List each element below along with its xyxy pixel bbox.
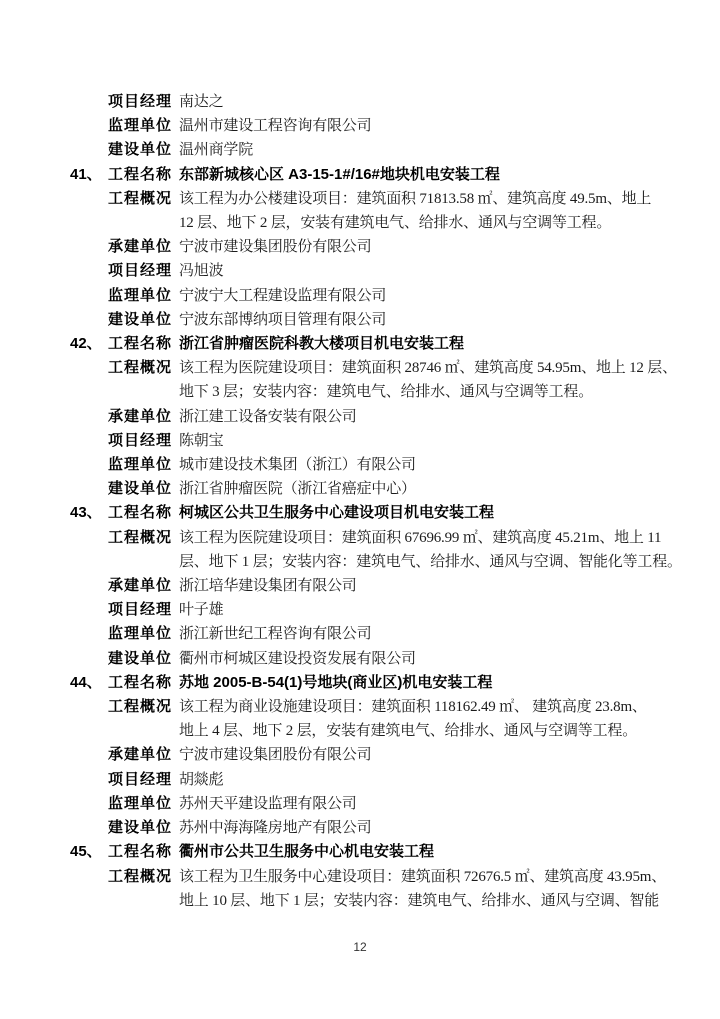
spacer	[70, 526, 108, 550]
field-value: 宁波市建设集团股份有限公司	[179, 743, 670, 767]
overview-continuation-row: 层、地下 1 层；安装内容：建筑电气、给排水、通风与空调、智能化等工程。	[70, 550, 670, 574]
project-name: 苏地 2005-B-54(1)号地块(商业区)机电安装工程	[179, 671, 670, 695]
spacer	[70, 622, 108, 646]
project-number: 43、	[70, 501, 108, 525]
spacer	[70, 743, 108, 767]
spacer	[108, 889, 179, 913]
field-value: 胡燚彪	[179, 768, 670, 792]
spacer	[108, 380, 179, 404]
field-row: 建设单位 宁波东部博纳项目管理有限公司	[70, 308, 670, 332]
field-label: 项目经理	[108, 429, 179, 453]
field-value: 苏州天平建设监理有限公司	[179, 792, 670, 816]
spacer	[70, 187, 108, 211]
spacer	[70, 695, 108, 719]
project-name-row: 45、 工程名称 衢州市公共卫生服务中心机电安装工程	[70, 840, 670, 864]
field-label: 工程名称	[108, 332, 179, 356]
field-value: 温州市建设工程咨询有限公司	[179, 114, 670, 138]
overview-continuation-row: 12 层、地下 2 层，安装有建筑电气、给排水、通风与空调等工程。	[70, 211, 670, 235]
field-label: 工程名称	[108, 163, 179, 187]
field-label: 工程概况	[108, 695, 179, 719]
project-name: 衢州市公共卫生服务中心机电安装工程	[179, 840, 670, 864]
project-name-row: 42、 工程名称 浙江省肿瘤医院科教大楼项目机电安装工程	[70, 332, 670, 356]
field-value: 浙江培华建设集团有限公司	[179, 574, 670, 598]
field-row: 项目经理 冯旭波	[70, 259, 670, 283]
overview-row: 工程概况 该工程为医院建设项目：建筑面积 28746 ㎡、建筑高度 54.95m…	[70, 356, 670, 380]
spacer	[70, 816, 108, 840]
field-row: 项目经理 胡燚彪	[70, 768, 670, 792]
overview-row: 工程概况 该工程为商业设施建设项目：建筑面积 118162.49 ㎡、 建筑高度…	[70, 695, 670, 719]
field-value: 宁波宁大工程建设监理有限公司	[179, 284, 670, 308]
field-row: 承建单位 浙江培华建设集团有限公司	[70, 574, 670, 598]
field-row: 监理单位 苏州天平建设监理有限公司	[70, 792, 670, 816]
field-label: 监理单位	[108, 114, 179, 138]
spacer	[70, 284, 108, 308]
spacer	[70, 405, 108, 429]
overview-line: 地上 4 层、地下 2 层，安装有建筑电气、给排水、通风与空调等工程。	[179, 719, 670, 743]
spacer	[70, 647, 108, 671]
spacer	[70, 211, 108, 235]
field-row: 建设单位 浙江省肿瘤医院（浙江省癌症中心）	[70, 477, 670, 501]
overview-row: 工程概况 该工程为卫生服务中心建设项目：建筑面积 72676.5 ㎡、建筑高度 …	[70, 865, 670, 889]
field-label: 监理单位	[108, 622, 179, 646]
project-number: 41、	[70, 163, 108, 187]
project-name-row: 41、 工程名称 东部新城核心区 A3-15-1#/16#地块机电安装工程	[70, 163, 670, 187]
spacer	[70, 889, 108, 913]
overview-line: 该工程为医院建设项目：建筑面积 67696.99 ㎡、建筑高度 45.21m、地…	[179, 526, 670, 550]
field-value: 宁波市建设集团股份有限公司	[179, 235, 670, 259]
spacer	[70, 429, 108, 453]
overview-line: 层、地下 1 层；安装内容：建筑电气、给排水、通风与空调、智能化等工程。	[179, 550, 682, 574]
overview-line: 该工程为医院建设项目：建筑面积 28746 ㎡、建筑高度 54.95m、地上 1…	[179, 356, 677, 380]
overview-line: 该工程为卫生服务中心建设项目：建筑面积 72676.5 ㎡、建筑高度 43.95…	[179, 865, 670, 889]
field-value: 冯旭波	[179, 259, 670, 283]
field-row: 承建单位 宁波市建设集团股份有限公司	[70, 235, 670, 259]
overview-line: 该工程为办公楼建设项目：建筑面积 71813.58 ㎡、建筑高度 49.5m、地…	[179, 187, 670, 211]
field-label: 建设单位	[108, 647, 179, 671]
overview-row: 工程概况 该工程为办公楼建设项目：建筑面积 71813.58 ㎡、建筑高度 49…	[70, 187, 670, 211]
field-value: 衢州市柯城区建设投资发展有限公司	[179, 647, 670, 671]
spacer	[70, 719, 108, 743]
field-label: 建设单位	[108, 477, 179, 501]
field-label: 工程名称	[108, 501, 179, 525]
field-label: 工程概况	[108, 865, 179, 889]
overview-line: 地下 3 层；安装内容：建筑电气、给排水、通风与空调等工程。	[179, 380, 670, 404]
field-value: 浙江省肿瘤医院（浙江省癌症中心）	[179, 477, 670, 501]
spacer	[70, 865, 108, 889]
project-number: 44、	[70, 671, 108, 695]
spacer	[70, 792, 108, 816]
spacer	[70, 308, 108, 332]
field-value: 苏州中海海隆房地产有限公司	[179, 816, 670, 840]
spacer	[70, 380, 108, 404]
field-label: 承建单位	[108, 235, 179, 259]
overview-continuation-row: 地下 3 层；安装内容：建筑电气、给排水、通风与空调等工程。	[70, 380, 670, 404]
project-number: 42、	[70, 332, 108, 356]
project-name-row: 44、 工程名称 苏地 2005-B-54(1)号地块(商业区)机电安装工程	[70, 671, 670, 695]
document-page: 项目经理 南达之 监理单位 温州市建设工程咨询有限公司 建设单位 温州商学院 4…	[70, 90, 670, 913]
spacer	[70, 550, 108, 574]
field-value: 温州商学院	[179, 138, 670, 162]
field-row: 项目经理 陈朝宝	[70, 429, 670, 453]
field-label: 工程概况	[108, 187, 179, 211]
spacer	[108, 550, 179, 574]
field-label: 工程名称	[108, 840, 179, 864]
field-label: 建设单位	[108, 138, 179, 162]
field-row: 建设单位 苏州中海海隆房地产有限公司	[70, 816, 670, 840]
spacer	[70, 114, 108, 138]
project-name-row: 43、 工程名称 柯城区公共卫生服务中心建设项目机电安装工程	[70, 501, 670, 525]
overview-continuation-row: 地上 10 层、地下 1 层；安装内容：建筑电气、给排水、通风与空调、智能	[70, 889, 670, 913]
field-row: 监理单位 宁波宁大工程建设监理有限公司	[70, 284, 670, 308]
field-row: 监理单位 浙江新世纪工程咨询有限公司	[70, 622, 670, 646]
project-name: 东部新城核心区 A3-15-1#/16#地块机电安装工程	[179, 163, 670, 187]
field-label: 建设单位	[108, 816, 179, 840]
spacer	[70, 598, 108, 622]
field-label: 监理单位	[108, 792, 179, 816]
project-name: 柯城区公共卫生服务中心建设项目机电安装工程	[179, 501, 670, 525]
spacer	[108, 719, 179, 743]
field-label: 项目经理	[108, 598, 179, 622]
field-label: 项目经理	[108, 259, 179, 283]
field-value: 浙江新世纪工程咨询有限公司	[179, 622, 670, 646]
spacer	[70, 453, 108, 477]
spacer	[70, 90, 108, 114]
field-label: 承建单位	[108, 574, 179, 598]
field-value: 宁波东部博纳项目管理有限公司	[179, 308, 670, 332]
spacer	[108, 211, 179, 235]
spacer	[70, 574, 108, 598]
page-number: 12	[0, 940, 720, 954]
field-value: 叶子雄	[179, 598, 670, 622]
spacer	[70, 138, 108, 162]
field-row: 项目经理 南达之	[70, 90, 670, 114]
overview-row: 工程概况 该工程为医院建设项目：建筑面积 67696.99 ㎡、建筑高度 45.…	[70, 526, 670, 550]
field-row: 建设单位 温州商学院	[70, 138, 670, 162]
field-label: 监理单位	[108, 453, 179, 477]
field-label: 项目经理	[108, 90, 179, 114]
field-label: 工程名称	[108, 671, 179, 695]
field-value: 陈朝宝	[179, 429, 670, 453]
field-label: 工程概况	[108, 526, 179, 550]
field-value: 浙江建工设备安装有限公司	[179, 405, 670, 429]
field-label: 建设单位	[108, 308, 179, 332]
field-row: 承建单位 浙江建工设备安装有限公司	[70, 405, 670, 429]
field-row: 建设单位 衢州市柯城区建设投资发展有限公司	[70, 647, 670, 671]
field-value: 南达之	[179, 90, 670, 114]
overview-line: 该工程为商业设施建设项目：建筑面积 118162.49 ㎡、 建筑高度 23.8…	[179, 695, 670, 719]
overview-line: 12 层、地下 2 层，安装有建筑电气、给排水、通风与空调等工程。	[179, 211, 670, 235]
field-label: 承建单位	[108, 405, 179, 429]
spacer	[70, 235, 108, 259]
field-label: 工程概况	[108, 356, 179, 380]
overview-continuation-row: 地上 4 层、地下 2 层，安装有建筑电气、给排水、通风与空调等工程。	[70, 719, 670, 743]
overview-line: 地上 10 层、地下 1 层；安装内容：建筑电气、给排水、通风与空调、智能	[179, 889, 670, 913]
spacer	[70, 356, 108, 380]
project-number: 45、	[70, 840, 108, 864]
spacer	[70, 768, 108, 792]
field-label: 监理单位	[108, 284, 179, 308]
field-row: 承建单位 宁波市建设集团股份有限公司	[70, 743, 670, 767]
spacer	[70, 259, 108, 283]
spacer	[70, 477, 108, 501]
field-row: 监理单位 温州市建设工程咨询有限公司	[70, 114, 670, 138]
field-row: 监理单位 城市建设技术集团（浙江）有限公司	[70, 453, 670, 477]
field-label: 承建单位	[108, 743, 179, 767]
field-value: 城市建设技术集团（浙江）有限公司	[179, 453, 670, 477]
field-row: 项目经理 叶子雄	[70, 598, 670, 622]
project-name: 浙江省肿瘤医院科教大楼项目机电安装工程	[179, 332, 670, 356]
field-label: 项目经理	[108, 768, 179, 792]
